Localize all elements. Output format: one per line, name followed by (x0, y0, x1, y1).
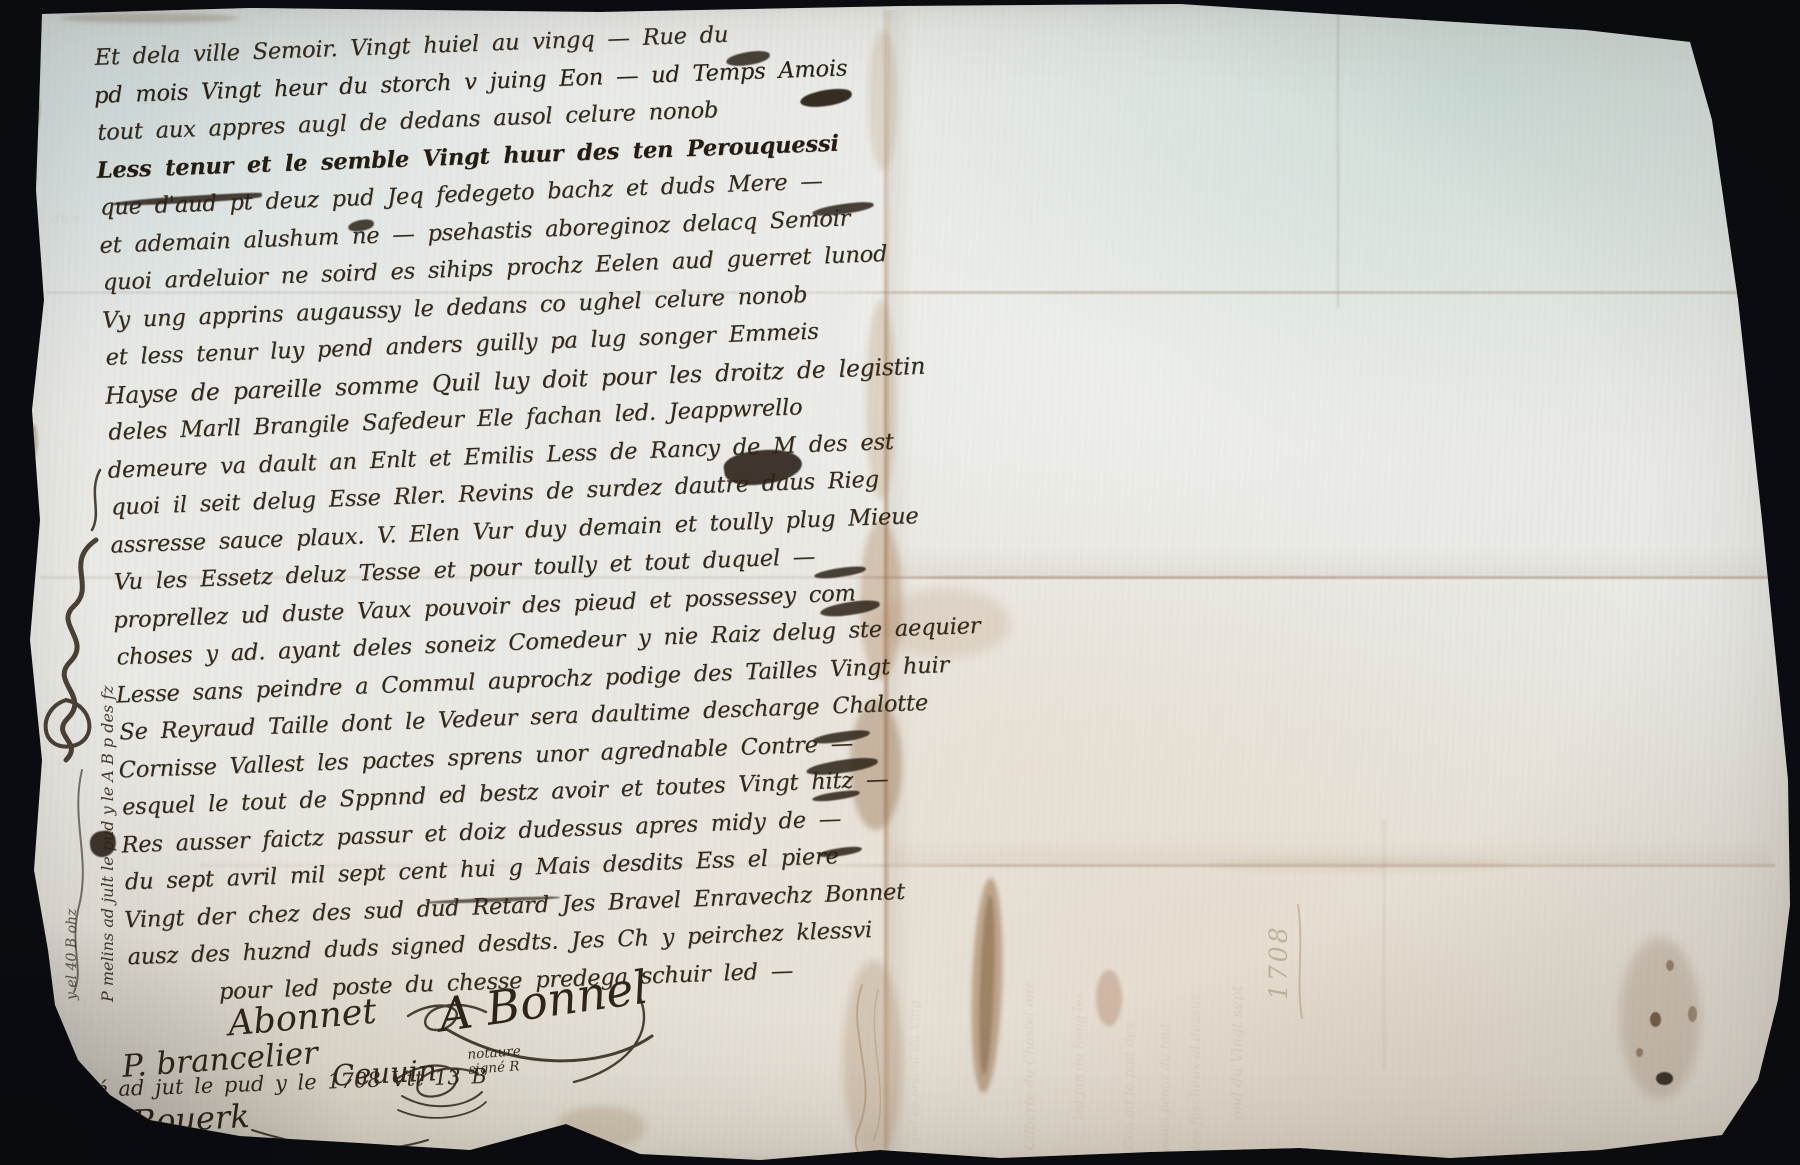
paper-sheet: and es prsent du Ving Gilberte du Chaste… (0, 0, 1800, 1165)
stain-ink-blot-corner (1656, 1072, 1673, 1085)
margin-arrow-stroke (92, 470, 100, 530)
ghost-column: les fascheux al dessus (1188, 993, 1204, 1150)
stain-crease-tan (1210, 858, 1510, 872)
fold-wave-2 (874, 990, 880, 1140)
stain-left-edge-2 (20, 296, 32, 354)
stain-speck-1 (1650, 1012, 1661, 1027)
ghost-column: and es prsent du Ving (908, 1000, 923, 1145)
margin-tangle-stroke-1 (63, 540, 96, 760)
stain-bleed-streak (968, 878, 1005, 1094)
stain-left-edge-3 (28, 424, 38, 458)
stain-speck-3 (1636, 1048, 1643, 1057)
fold-crease-vertical-minor (1337, 8, 1339, 308)
photo-frame: and es prsent du Ving Gilberte du Chaste… (0, 0, 1800, 1165)
rouerk-tail (252, 1130, 428, 1149)
ghost-column: Gilberte du Chastel onz (1022, 982, 1038, 1150)
margin-note-vertical: P melins ad jult le pud y le A B p des f… (98, 685, 117, 1002)
fold-wrinkle-right (1383, 820, 1385, 1070)
ghost-column: Con ad le pud des (1122, 1023, 1138, 1150)
ceuuin-paraph-2 (402, 1092, 482, 1106)
stain-corner-cluster (1620, 938, 1700, 1098)
stain-speck-4 (1688, 1006, 1697, 1022)
ghost-column: led Jan du Rang les (1072, 992, 1087, 1120)
stain-rust-mark (1096, 970, 1122, 1026)
stain-fold-bottom (843, 960, 903, 1160)
stain-left-edge-1 (26, 88, 40, 132)
signature-rouerk: Rouerk (131, 1097, 250, 1141)
stain-bleed-streak-core (977, 895, 997, 1075)
margin-note-vertical-2: y el 40 B ohz (64, 909, 80, 1000)
ghost-column: aysous penoz du tout (1158, 1023, 1173, 1162)
fold-shadow-band-middle (890, 546, 1780, 576)
ghost-left-fragment: du s (52, 212, 80, 227)
margin-tangle-loop (46, 700, 90, 747)
stain-bottom-notch (556, 1106, 646, 1148)
fold-shadow-band-bottom (890, 836, 1770, 864)
bleed-year-underline (1298, 905, 1302, 1018)
stain-top-edge (60, 13, 240, 23)
bleed-year: 1708 (1264, 924, 1293, 1000)
manuscript-block: Et dela ville Semoir. Vingt huiel au vin… (92, 10, 937, 1014)
stain-speck-2 (1666, 960, 1674, 971)
ceuuin-paraph-3 (398, 1102, 486, 1118)
ghost-column: ond du Vingt sept (1228, 985, 1246, 1120)
fold-wave-1 (856, 985, 866, 1162)
